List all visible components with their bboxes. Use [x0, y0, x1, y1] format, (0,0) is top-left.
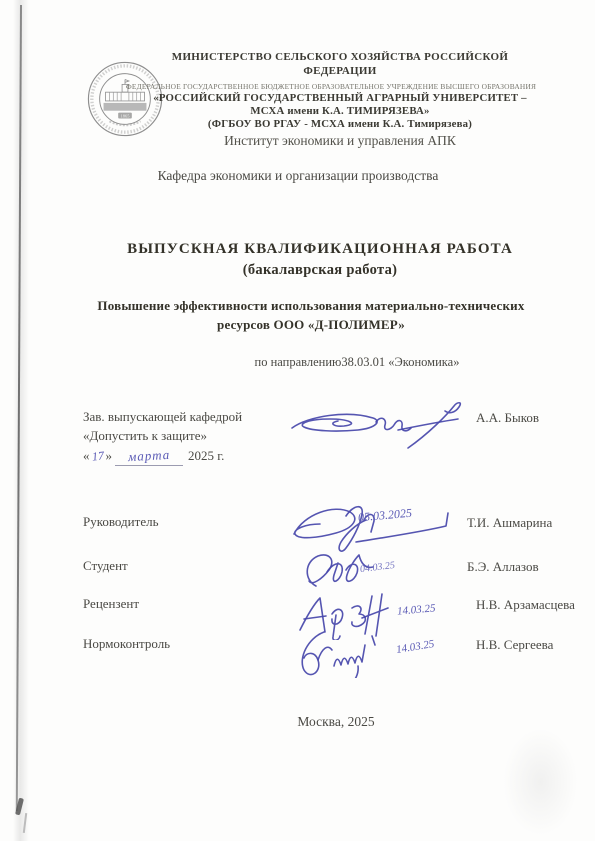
signer-name: Т.И. Ашмарина: [467, 515, 552, 531]
signer-row-normcontrol: Нормоконтроль 14.03.25 Н.В. Сергеева: [0, 636, 595, 698]
signer-role: Нормоконтроль: [83, 636, 170, 652]
signer-name: Н.В. Арзамасцева: [476, 597, 575, 613]
signature-head-of-department: [278, 394, 478, 450]
work-type-block: ВЫПУСКНАЯ КВАЛИФИКАЦИОННАЯ РАБОТА (бакал…: [45, 239, 595, 280]
date-year: 2025 г.: [188, 448, 224, 463]
thesis-title-page: 1865 МИНИСТЕРСТВО СЕЛЬСКОГО ХОЗЯЙСТВА РО…: [0, 0, 595, 841]
thesis-topic-line-2: ресурсов ООО «Д-ПОЛИМЕР»: [36, 315, 586, 334]
city-year: Москва, 2025: [61, 714, 595, 730]
handwritten-month: марта: [128, 447, 171, 465]
work-type-title: ВЫПУСКНАЯ КВАЛИФИКАЦИОННАЯ РАБОТА: [45, 239, 595, 260]
thesis-topic: Повышение эффективности использования ма…: [36, 296, 586, 334]
founder-line: ФЕДЕРАЛЬНОЕ ГОСУДАРСТВЕННОЕ БЮДЖЕТНОЕ ОБ…: [47, 82, 595, 92]
signer-role: Студент: [83, 558, 128, 574]
approval-role-label: Зав. выпускающей кафедрой: [83, 409, 242, 425]
approval-admit-line: «Допустить к защите»: [83, 428, 207, 444]
institute-name: Институт экономики и управления АПК: [65, 132, 595, 149]
signer-name: Н.В. Сергеева: [476, 637, 553, 653]
study-direction: по направлению38.03.01 «Экономика»: [82, 355, 595, 370]
ministry-line-2: ФЕДЕРАЦИИ: [65, 64, 595, 78]
university-abbreviation: (ФГБОУ ВО РГАУ - МСХА имени К.А. Тимиряз…: [65, 118, 595, 131]
handwritten-day: 17: [91, 448, 105, 464]
department-name: Кафедра экономики и организации производ…: [23, 168, 573, 184]
date-quote-open: «: [83, 448, 90, 463]
work-type-subtitle: (бакалаврская работа): [45, 260, 595, 280]
thesis-topic-line-1: Повышение эффективности использования ма…: [36, 296, 586, 315]
document-header: МИНИСТЕРСТВО СЕЛЬСКОГО ХОЗЯЙСТВА РОССИЙС…: [65, 50, 595, 149]
approval-name: А.А. Быков: [476, 410, 539, 426]
date-quote-close: »: [106, 448, 113, 463]
approval-date-line: «17»марта2025 г.: [83, 448, 224, 466]
university-name-line-1: «РОССИЙСКИЙ ГОСУДАРСТВЕННЫЙ АГРАРНЫЙ УНИ…: [65, 92, 595, 105]
university-name-line-2: МСХА имени К.А. ТИМИРЯЗЕВА»: [65, 105, 595, 118]
ministry-line-1: МИНИСТЕРСТВО СЕЛЬСКОГО ХОЗЯЙСТВА РОССИЙС…: [65, 50, 595, 64]
signer-role: Руководитель: [83, 514, 159, 530]
scan-smudge: [503, 728, 578, 836]
signer-role: Рецензент: [83, 596, 139, 612]
signer-name: Б.Э. Аллазов: [467, 559, 539, 575]
